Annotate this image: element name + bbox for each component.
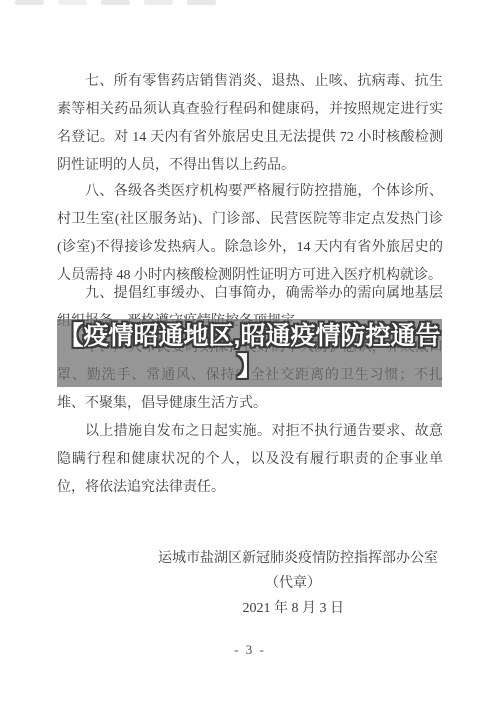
scan-artifact-mark — [15, 0, 44, 5]
paragraph-item-7: 七、所有零售药店销售消炎、退热、止咳、抗病毒、抗生素等相关药品须认真查验行程码和… — [57, 68, 443, 180]
watermark-title-text: 【疫情昭通地区,昭通疫情防控通告 — [57, 321, 442, 352]
paragraph-item-8: 八、各级各类医疗机构要严格履行防控措施，个体诊所、村卫生室(社区服务站)、门诊部… — [57, 178, 443, 290]
paragraph-enforcement: 以上措施自发布之日起实施。对拒不执行通告要求、故意隐瞒行程和健康状况的个人，以及… — [57, 418, 443, 502]
page-number: - 3 - — [0, 642, 500, 658]
scan-artifact-mark — [101, 0, 130, 5]
seal-note: （代章） — [57, 571, 442, 596]
issuing-authority: 运城市盐湖区新冠肺炎疫情防控指挥部办公室 — [57, 546, 442, 571]
notice-document-page: 七、所有零售药店销售消炎、退热、止咳、抗病毒、抗生素等相关药品须认真查验行程码和… — [0, 0, 500, 707]
signature-block: 运城市盐湖区新冠肺炎疫情防控指挥部办公室 （代章） 2021 年 8 月 3 日 — [57, 546, 442, 621]
watermark-title-closing-bracket: 】 — [57, 352, 442, 383]
scan-artifact-mark — [144, 0, 173, 5]
scan-artifact-mark — [58, 0, 87, 5]
scan-artifact-mark — [187, 0, 216, 5]
watermark-title-band: 【疫情昭通地区,昭通疫情防控通告 】 — [57, 319, 442, 387]
issue-date: 2021 年 8 月 3 日 — [57, 596, 442, 621]
scan-artifacts — [15, 0, 216, 5]
